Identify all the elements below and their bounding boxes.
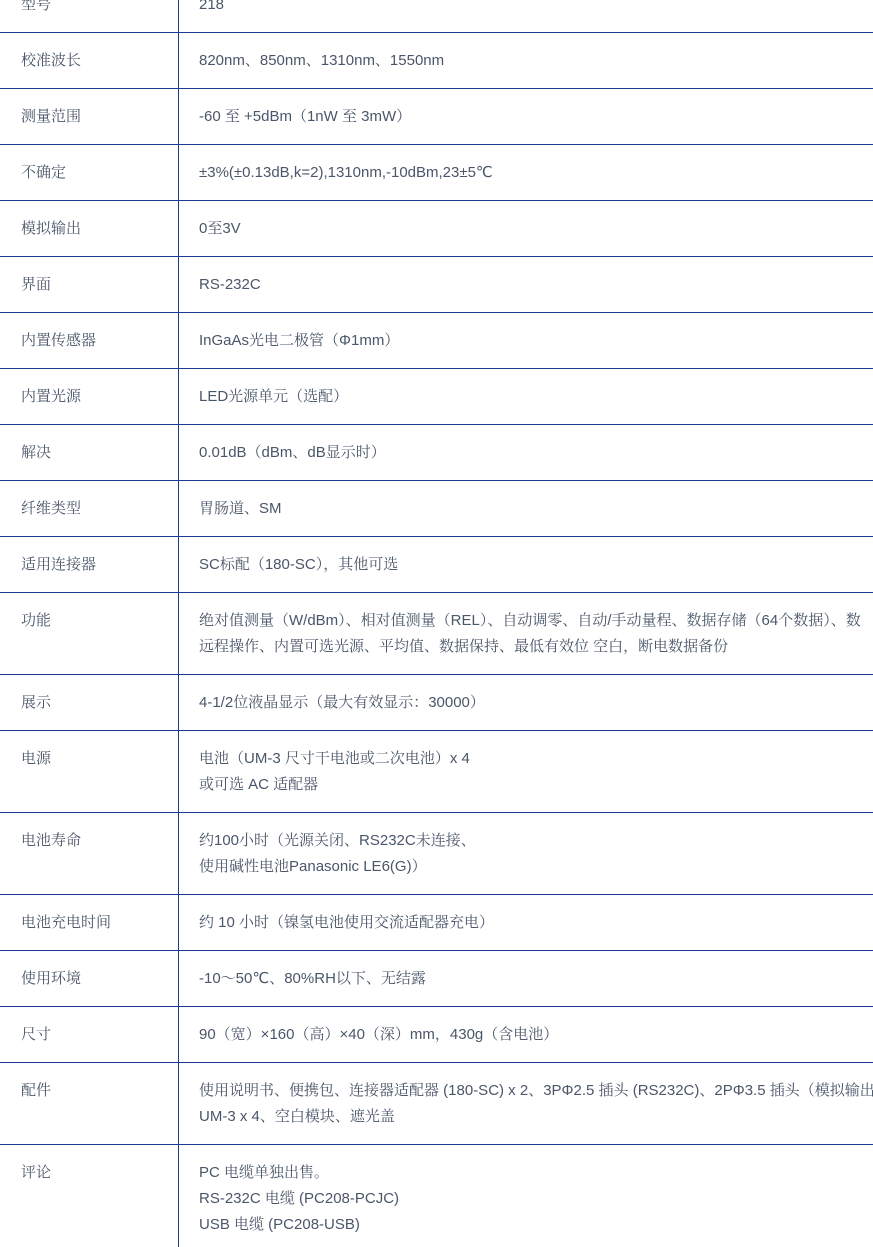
spec-row: 适用连接器 SC标配（180-SC），其他可选 (0, 537, 873, 593)
spec-value: 约 10 小时（镍氢电池使用交流适配器充电） (179, 895, 873, 950)
spec-value: InGaAs光电二极管（Φ1mm） (179, 313, 873, 368)
spec-row: 电池寿命 约100小时（光源关闭、RS232C未连接、 使用碱性电池Panaso… (0, 813, 873, 895)
spec-value: 绝对值测量（W/dBm）、相对值测量（REL）、自动调零、自动/手动量程、数据存… (179, 593, 873, 674)
spec-value: -60 至 +5dBm（1nW 至 3mW） (179, 89, 873, 144)
spec-value: 约100小时（光源关闭、RS232C未连接、 使用碱性电池Panasonic L… (179, 813, 873, 894)
spec-row: 尺寸 90（宽）×160（高）×40（深）mm，430g（含电池） (0, 1007, 873, 1063)
spec-label: 适用连接器 (0, 537, 179, 592)
spec-label: 功能 (0, 593, 179, 674)
spec-label: 型号 (0, 0, 179, 32)
spec-label: 纤维类型 (0, 481, 179, 536)
spec-label: 界面 (0, 257, 179, 312)
spec-row: 型号 218 (0, 0, 873, 33)
spec-row: 校准波长 820nm、850nm、1310nm、1550nm (0, 33, 873, 89)
spec-value: 0.01dB（dBm、dB显示时） (179, 425, 873, 480)
spec-label: 解决 (0, 425, 179, 480)
spec-row: 展示 4-1/2位液晶显示（最大有效显示：30000） (0, 675, 873, 731)
spec-value: ±3%(±0.13dB,k=2),1310nm,-10dBm,23±5℃ (179, 145, 873, 200)
spec-label: 内置传感器 (0, 313, 179, 368)
spec-row: 界面 RS-232C (0, 257, 873, 313)
spec-row: 解决 0.01dB（dBm、dB显示时） (0, 425, 873, 481)
spec-value: 0至3V (179, 201, 873, 256)
spec-label: 校准波长 (0, 33, 179, 88)
spec-row: 不确定 ±3%(±0.13dB,k=2),1310nm,-10dBm,23±5℃ (0, 145, 873, 201)
spec-value: PC 电缆单独出售。 RS-232C 电缆 (PC208-PCJC) USB 电… (179, 1145, 873, 1247)
spec-row: 评论 PC 电缆单独出售。 RS-232C 电缆 (PC208-PCJC) US… (0, 1145, 873, 1247)
spec-value: 820nm、850nm、1310nm、1550nm (179, 33, 873, 88)
spec-row: 测量范围 -60 至 +5dBm（1nW 至 3mW） (0, 89, 873, 145)
spec-label: 内置光源 (0, 369, 179, 424)
specification-table: 型号 218 校准波长 820nm、850nm、1310nm、1550nm 测量… (0, 0, 873, 1247)
spec-row: 内置传感器 InGaAs光电二极管（Φ1mm） (0, 313, 873, 369)
spec-row: 使用环境 -10～50℃、80%RH以下、无结露 (0, 951, 873, 1007)
spec-label: 使用环境 (0, 951, 179, 1006)
spec-label: 展示 (0, 675, 179, 730)
spec-label: 电池充电时间 (0, 895, 179, 950)
spec-value: 218 (179, 0, 873, 32)
spec-value: 胃肠道、SM (179, 481, 873, 536)
spec-label: 尺寸 (0, 1007, 179, 1062)
spec-value: 4-1/2位液晶显示（最大有效显示：30000） (179, 675, 873, 730)
spec-row: 内置光源 LED光源单元（选配） (0, 369, 873, 425)
spec-row: 配件 使用说明书、便携包、连接器适配器 (180-SC) x 2、3PΦ2.5 … (0, 1063, 873, 1145)
spec-row: 电源 电池（UM-3 尺寸干电池或二次电池）x 4 或可选 AC 适配器 (0, 731, 873, 813)
spec-row: 电池充电时间 约 10 小时（镍氢电池使用交流适配器充电） (0, 895, 873, 951)
spec-label: 配件 (0, 1063, 179, 1144)
spec-value: 使用说明书、便携包、连接器适配器 (180-SC) x 2、3PΦ2.5 插头 … (179, 1063, 873, 1144)
spec-label: 评论 (0, 1145, 179, 1247)
spec-value: 电池（UM-3 尺寸干电池或二次电池）x 4 或可选 AC 适配器 (179, 731, 873, 812)
spec-value: 90（宽）×160（高）×40（深）mm，430g（含电池） (179, 1007, 873, 1062)
spec-value: SC标配（180-SC），其他可选 (179, 537, 873, 592)
spec-label: 测量范围 (0, 89, 179, 144)
spec-label: 不确定 (0, 145, 179, 200)
spec-label: 模拟输出 (0, 201, 179, 256)
spec-row: 模拟输出 0至3V (0, 201, 873, 257)
spec-label: 电源 (0, 731, 179, 812)
spec-row: 纤维类型 胃肠道、SM (0, 481, 873, 537)
spec-value: -10～50℃、80%RH以下、无结露 (179, 951, 873, 1006)
spec-value: RS-232C (179, 257, 873, 312)
spec-value: LED光源单元（选配） (179, 369, 873, 424)
spec-label: 电池寿命 (0, 813, 179, 894)
spec-row: 功能 绝对值测量（W/dBm）、相对值测量（REL）、自动调零、自动/手动量程、… (0, 593, 873, 675)
